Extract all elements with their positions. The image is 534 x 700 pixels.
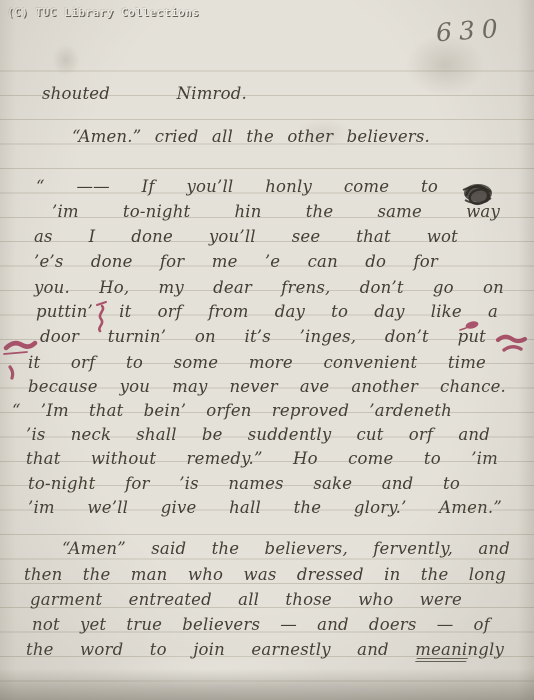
underlined-word: meaningly <box>415 640 504 659</box>
handwritten-line: that without remedy.” Ho come to ’im <box>26 449 498 470</box>
handwritten-line: “Amen” said the believers, fervently, an… <box>62 539 510 560</box>
library-watermark: (C) TUC Library Collections <box>7 6 199 19</box>
handwritten-line: ’im to-night hin the same way <box>52 202 500 223</box>
handwritten-line: garment entreated all those who were <box>30 590 462 611</box>
handwritten-line: “ ’Im that bein’ orfen reproved ’ardenet… <box>12 401 452 422</box>
handwritten-line: you. Ho, my dear frens, don’t go on <box>34 278 504 299</box>
manuscript-page: (C) TUC Library Collections 630 shouted … <box>0 0 534 700</box>
handwritten-line: door turnin’ on it’s ’inges, don’t put <box>40 327 486 348</box>
handwritten-line: shouted Nimrod. <box>42 84 247 105</box>
page-number: 630 <box>435 16 505 46</box>
handwritten-line: ’im we’ll give hall the glory.’ Amen.” <box>28 498 502 519</box>
handwritten-line: puttin’ it orf from day to day like a <box>36 302 498 323</box>
handwritten-line: it orf to some more convenient time <box>28 353 486 374</box>
handwritten-line: to-night for ’is names sake and to <box>28 474 460 495</box>
handwritten-line: the word to join earnestly and meaningly <box>26 640 504 661</box>
handwritten-line: “Amen.” cried all the other believers. <box>72 127 430 148</box>
handwritten-line: ’is neck shall be suddently cut orf and <box>26 425 490 446</box>
handwritten-line: “ —— If you’ll honly come to <box>36 177 438 198</box>
handwritten-line: because you may never ave another chance… <box>28 377 506 398</box>
handwritten-line: ’e’s done for me ’e can do for <box>34 252 438 273</box>
handwritten-line: not yet true believers — and doers — of <box>32 615 490 636</box>
handwritten-line: then the man who was dressed in the long <box>24 565 506 586</box>
handwritten-line: as I done you’ll see that wot <box>34 227 458 248</box>
last-line-prefix: the word to join earnestly and <box>26 640 389 659</box>
